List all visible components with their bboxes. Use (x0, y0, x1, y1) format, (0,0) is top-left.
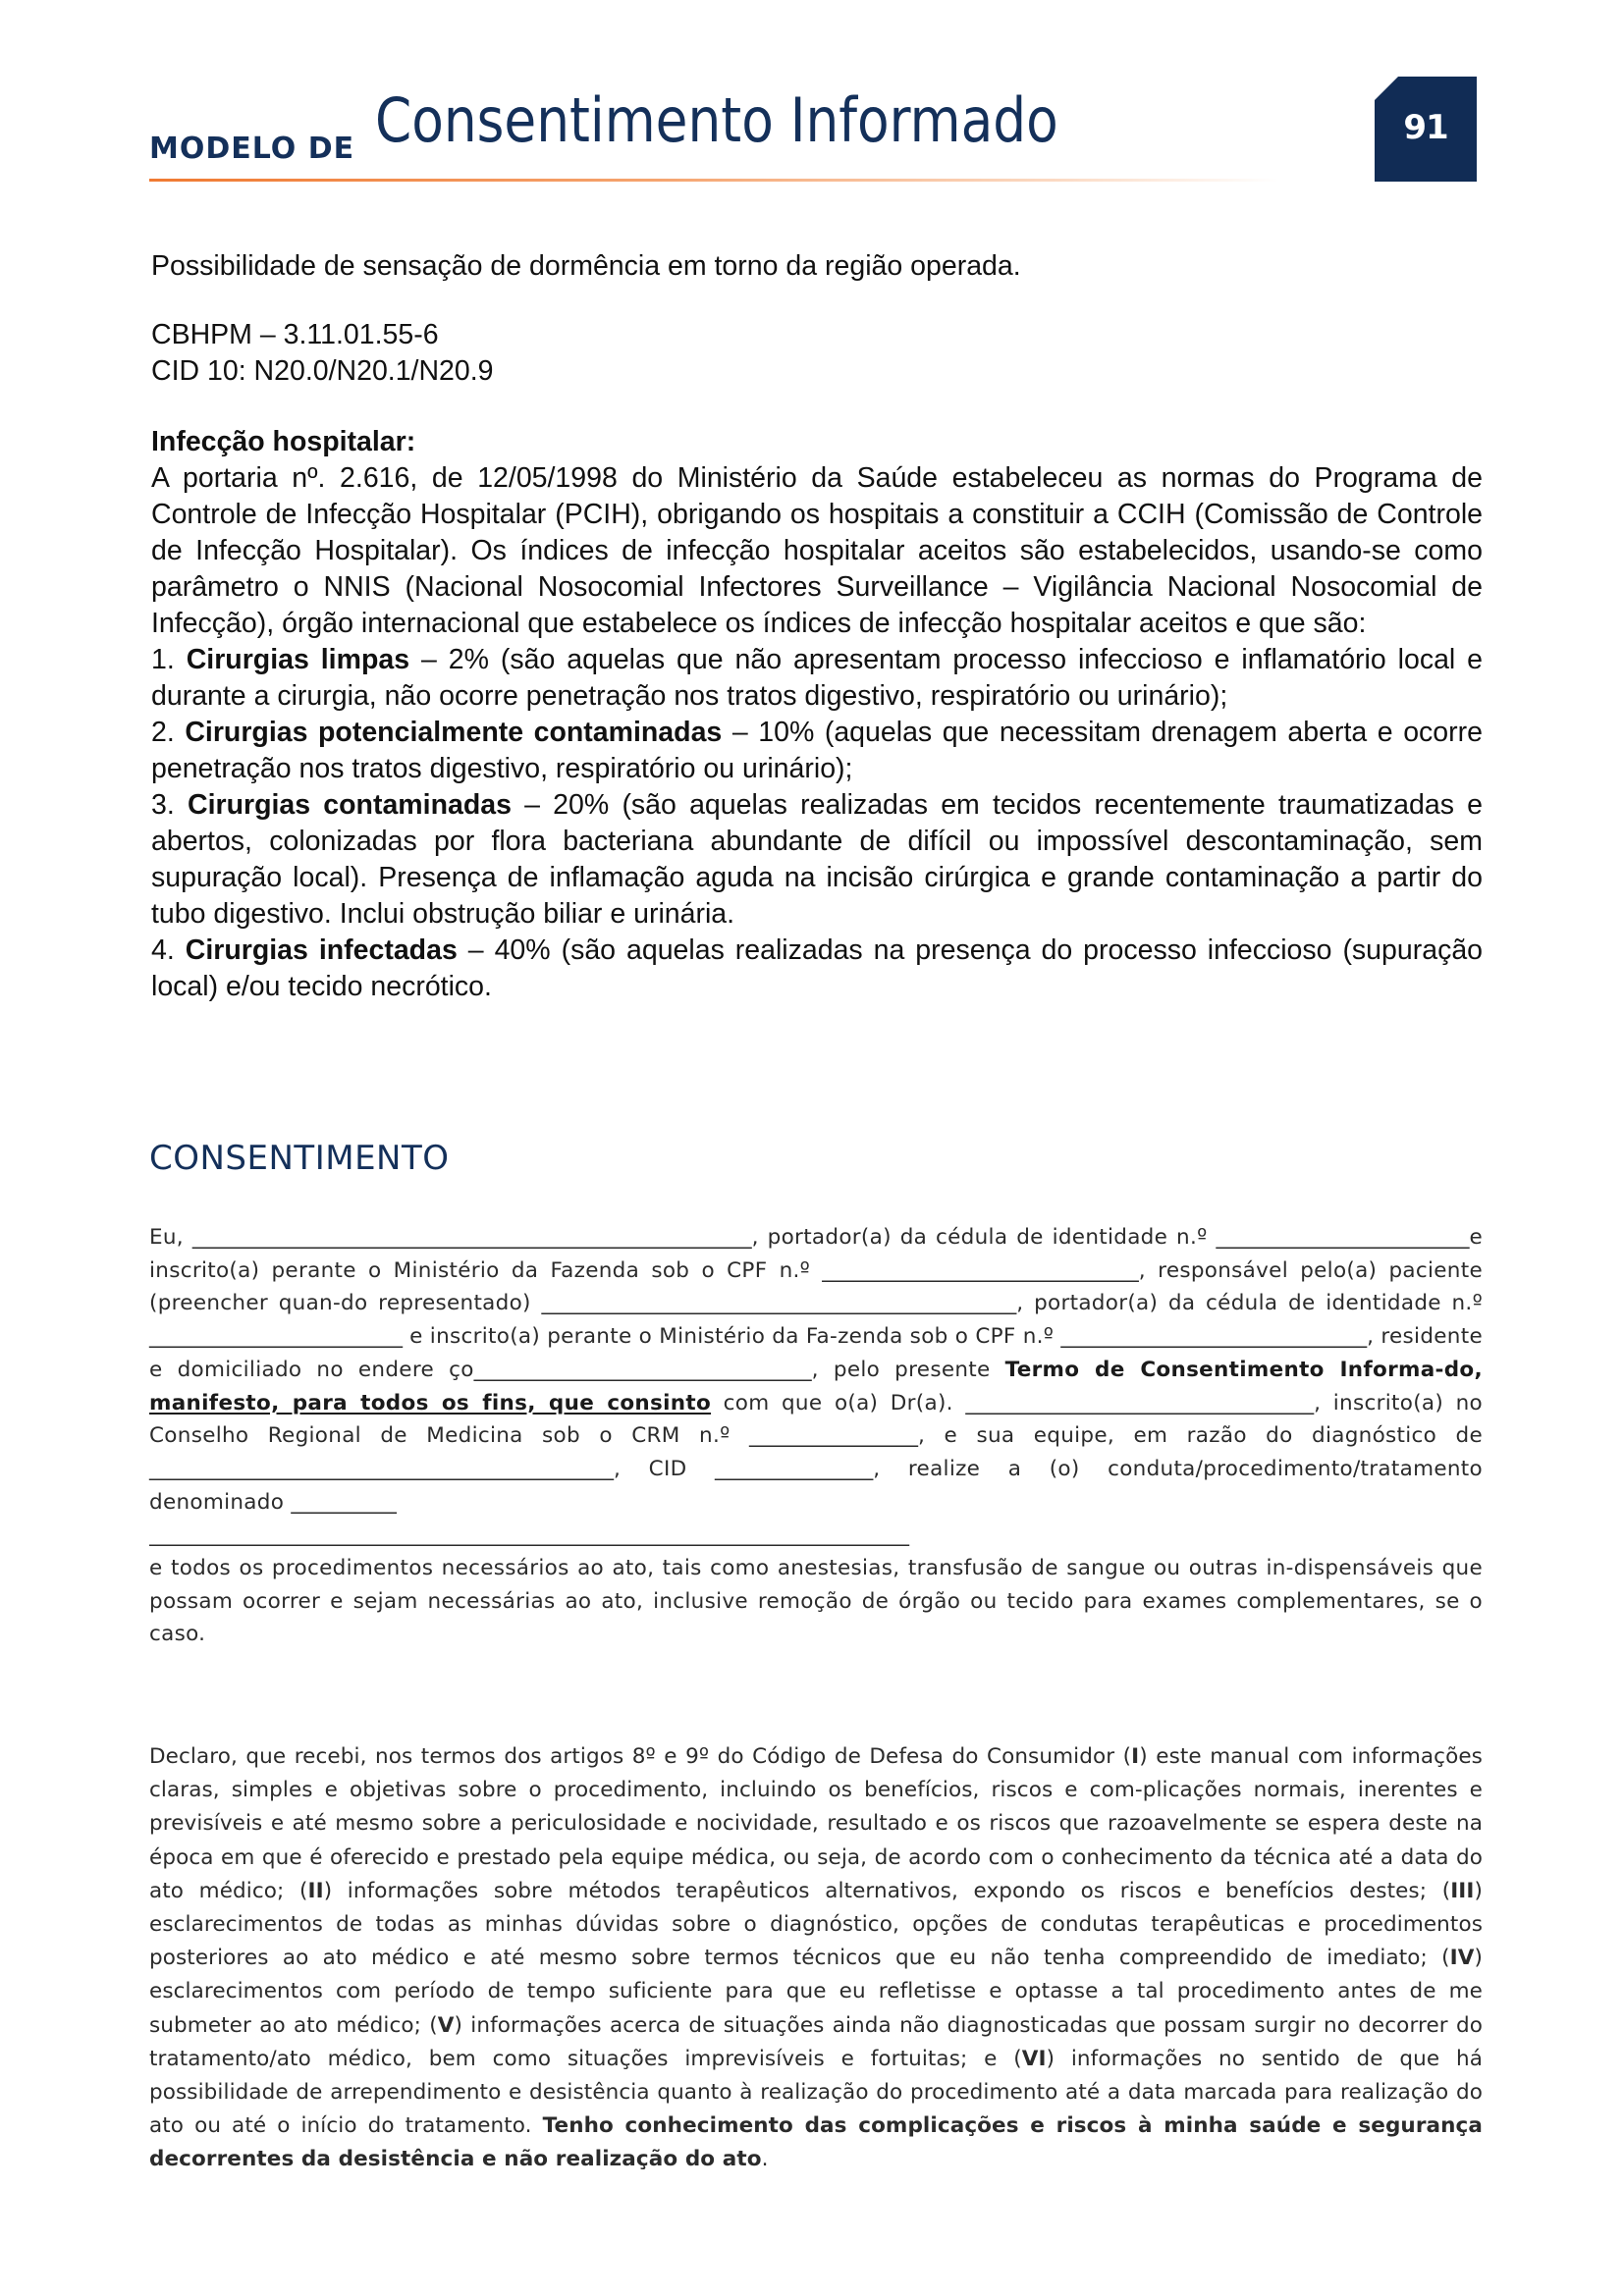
consent-heading: CONSENTIMENTO (149, 1139, 450, 1178)
procedure-field-continued[interactable]: ________________________________________… (149, 1519, 1483, 1552)
cid-field[interactable]: _______________ (715, 1457, 873, 1481)
procedures-paragraph: e todos os procedimentos necessários ao … (149, 1552, 1483, 1651)
page-number: 91 (1375, 108, 1477, 147)
representative-cpf-field[interactable]: _____________________________ (1060, 1324, 1367, 1349)
infection-item: 4. Cirurgias infectadas – 40% (são aquel… (151, 933, 1483, 1005)
cid-code: CID 10: N20.0/N20.1/N20.9 (151, 353, 1483, 390)
infection-section: Infecção hospitalar: A portaria nº. 2.61… (151, 424, 1483, 1005)
infection-item: 1. Cirurgias limpas – 2% (são aquelas qu… (151, 642, 1483, 715)
doctor-field[interactable]: _________________________________ (965, 1391, 1314, 1415)
declaration-paragraph: Declaro, que recebi, nos termos dos arti… (149, 1740, 1483, 2177)
representative-rg-field[interactable]: ________________________ (149, 1324, 403, 1349)
brand-prefix: MODELO DE (149, 132, 354, 166)
name-field[interactable]: ________________________________________… (192, 1225, 752, 1250)
representative-field[interactable]: ________________________________________… (541, 1291, 1016, 1315)
document-title: Consentimento Informado (375, 84, 1058, 156)
page-number-badge: 91 (1375, 77, 1477, 182)
cbhpm-code: CBHPM – 3.11.01.55-6 (151, 317, 1483, 353)
declaration-section: Declaro, que recebi, nos termos dos arti… (149, 1740, 1483, 2177)
infection-heading: Infecção hospitalar: (151, 424, 1483, 460)
consent-statement: manifesto, para todos os fins, que consi… (149, 1391, 711, 1415)
procedure-field[interactable]: __________ (291, 1490, 397, 1515)
cpf-field[interactable]: ______________________________ (822, 1258, 1139, 1283)
infection-item: 2. Cirurgias potencialmente contaminadas… (151, 715, 1483, 787)
intro-section: Possibilidade de sensação de dormência e… (151, 248, 1483, 390)
crm-field[interactable]: ________________ (749, 1423, 918, 1448)
infection-paragraph: A portaria nº. 2.616, de 12/05/1998 do M… (151, 460, 1483, 642)
consent-paragraph: Eu, ____________________________________… (149, 1221, 1483, 1519)
numbness-note: Possibilidade de sensação de dormência e… (151, 248, 1483, 285)
address-field[interactable]: ________________________________ (474, 1358, 812, 1382)
header-divider (149, 179, 1278, 182)
infection-item: 3. Cirurgias contaminadas – 20% (são aqu… (151, 787, 1483, 933)
consent-form: Eu, ____________________________________… (149, 1221, 1483, 1651)
page-header: MODELO DE Consentimento Informado (149, 86, 1475, 185)
rg-field[interactable]: ________________________ (1216, 1225, 1469, 1250)
diagnosis-field[interactable]: ________________________________________… (149, 1457, 614, 1481)
